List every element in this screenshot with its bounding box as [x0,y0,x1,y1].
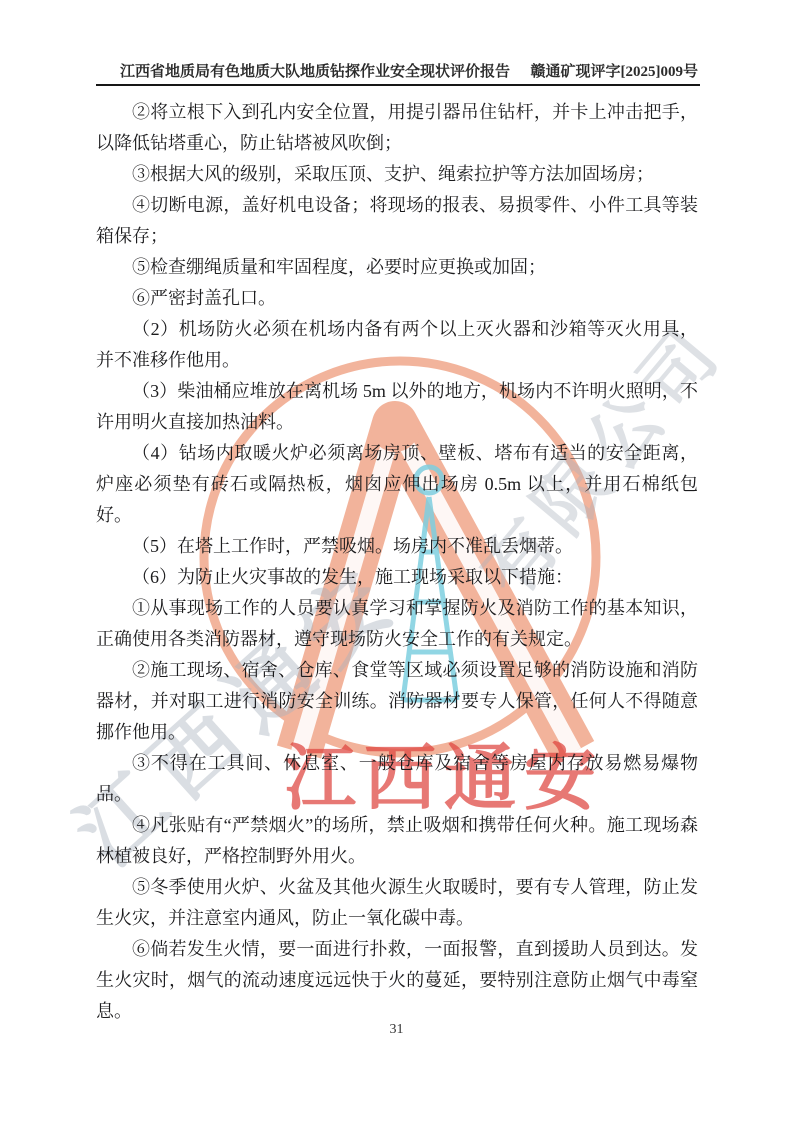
document-body: ②将立根下入到孔内安全位置，用提引器吊住钻杆，并卡上冲击把手，以降低钻塔重心，防… [96,97,698,1027]
paragraph: ④凡张贴有“严禁烟火”的场所，禁止吸烟和携带任何火种。施工现场森林植被良好，严格… [96,810,698,872]
paragraph: （6）为防止火灾事故的发生，施工现场采取以下措施： [96,562,698,593]
header-document-number: 赣通矿现评字[2025]009号 [531,60,699,81]
paragraph: ②施工现场、宿舍、仓库、食堂等区域必须设置足够的消防设施和消防器材，并对职工进行… [96,655,698,748]
paragraph: ①从事现场工作的人员要认真学习和掌握防火及消防工作的基本知识，正确使用各类消防器… [96,593,698,655]
page-content: 江西省地质局有色地质大队地质钻探作业安全现状评价报告 赣通矿现评字[2025]0… [0,0,793,1122]
paragraph: ③根据大风的级别，采取压顶、支护、绳索拉护等方法加固场房； [96,159,698,190]
paragraph: （2）机场防火必须在机场内备有两个以上灭火器和沙箱等灭火用具，并不准移作他用。 [96,314,698,376]
header-report-title: 江西省地质局有色地质大队地质钻探作业安全现状评价报告 [120,60,510,81]
paragraph: ②将立根下入到孔内安全位置，用提引器吊住钻杆，并卡上冲击把手，以降低钻塔重心，防… [96,97,698,159]
paragraph: （4）钻场内取暖火炉必须离场房顶、壁板、塔布有适当的安全距离，炉座必须垫有砖石或… [96,438,698,531]
paragraph: ⑤冬季使用火炉、火盆及其他火源生火取暖时，要有专人管理，防止发生火灾，并注意室内… [96,872,698,934]
paragraph: （5）在塔上工作时，严禁吸烟。场房内不准乱丢烟蒂。 [96,531,698,562]
page-header: 江西省地质局有色地质大队地质钻探作业安全现状评价报告 赣通矿现评字[2025]0… [96,60,700,86]
page-number: 31 [0,1022,793,1038]
paragraph: ⑥严密封盖孔口。 [96,283,698,314]
paragraph: ⑥倘若发生火情，要一面进行扑救，一面报警，直到援助人员到达。发生火灾时，烟气的流… [96,934,698,1027]
paragraph: ⑤检查绷绳质量和牢固程度，必要时应更换或加固； [96,252,698,283]
document-page: 江西通安 有限公司 江西通安 江西省地质局有色地质大队地质钻探作业安全现状评价报… [0,0,793,1122]
paragraph: ③不得在工具间、休息室、一般仓库及宿舍等房屋内存放易燃易爆物品。 [96,748,698,810]
paragraph: （3）柴油桶应堆放在离机场 5m 以外的地方，机场内不许明火照明，不许用明火直接… [96,376,698,438]
paragraph: ④切断电源，盖好机电设备；将现场的报表、易损零件、小件工具等装箱保存； [96,190,698,252]
